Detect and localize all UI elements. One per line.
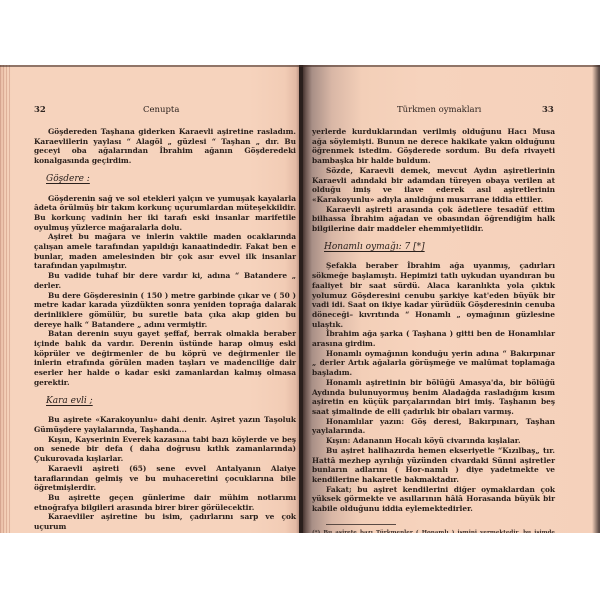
- paragraph: Karaevli aşireti (65) sene evvel Antalya…: [34, 464, 296, 493]
- left-page-body: Göşdereden Taşhana giderken Karaevli aşi…: [34, 127, 296, 532]
- paragraph: Aşiret bu mağara ve inlerin vaktile made…: [34, 232, 296, 271]
- paragraph: Kışın: Adananın Hocalı köyü civarında kı…: [312, 436, 555, 446]
- paragraph: Batan derenin suyu gayet şeffaf, berrak …: [34, 329, 296, 387]
- left-page-number: 32: [34, 105, 46, 115]
- paragraph: yerlerde kurduklarından verilmiş olduğun…: [312, 127, 555, 166]
- top-edge-shadow: [0, 65, 600, 67]
- paragraph: Bu aşiret halihazırda hemen ekseriyetle …: [312, 446, 555, 485]
- paragraph: Şefakla beraber İbrahim ağa uyanmış, çad…: [312, 261, 555, 329]
- paragraph: Bu dere Göşderesinin ( 150 ) metre garbi…: [34, 291, 296, 330]
- paragraph: Göşdereden Taşhana giderken Karaevli aşi…: [34, 127, 296, 166]
- page-edge: [0, 65, 10, 533]
- right-page-body: yerlerde kurduklarından verilmiş olduğun…: [312, 127, 555, 533]
- section-heading: Göşdere :: [46, 175, 296, 185]
- paragraph: Honamlılar yazın: Göş deresi, Bakırpınar…: [312, 417, 555, 436]
- paragraph: Bu vadide tuhaf bir dere vardır ki, adın…: [34, 271, 296, 290]
- paragraph: Honamlı oymağının konduğu yerin adına “ …: [312, 349, 555, 378]
- paragraph: Bu aşirete «Karakoyunlu» dahi denir. Aşi…: [34, 415, 296, 434]
- left-page: 32 Cenupta Göşdereden Taşhana giderken K…: [0, 65, 302, 533]
- paragraph: Fakat; bu aşiret kendilerini diğer oymak…: [312, 485, 555, 514]
- paragraph: Sözde, Karaevli demek, mevcut Aydın aşir…: [312, 166, 555, 205]
- section-heading: Kara evli ;: [46, 397, 296, 407]
- paragraph: Karaevli aşireti arasında çok âdetlere t…: [312, 205, 555, 234]
- right-page: Türkmen oymakları 33 yerlerde kurdukları…: [302, 65, 600, 533]
- book-spine: [299, 65, 303, 533]
- paragraph: Karaevliler aşiretine bu isim, çadırları…: [34, 512, 296, 531]
- footnote: (*) Bu aşirete bazı Türkmenler ( Honamlı…: [312, 529, 555, 533]
- open-book: 32 Cenupta Göşdereden Taşhana giderken K…: [0, 65, 600, 533]
- paragraph: Göşderenin sağ ve sol etekleri yalçın ve…: [34, 194, 296, 233]
- paragraph: Kışın, Kayserinin Everek kazasına tabi b…: [34, 435, 296, 464]
- footnote-rule: [326, 524, 396, 525]
- section-heading: Honamlı oymağı: 7 [*]: [324, 243, 555, 253]
- right-running-head: Türkmen oymakları: [397, 105, 481, 115]
- paragraph: Honamlı aşiretinin bir bölüğü Amasya'da,…: [312, 378, 555, 417]
- left-running-head: Cenupta: [143, 105, 179, 115]
- paragraph: İbrahim ağa şarka ( Taşhana ) gitti ben …: [312, 329, 555, 348]
- right-page-number: 33: [542, 105, 554, 115]
- paragraph: Bu aşirette geçen günlerime dair mühim n…: [34, 493, 296, 512]
